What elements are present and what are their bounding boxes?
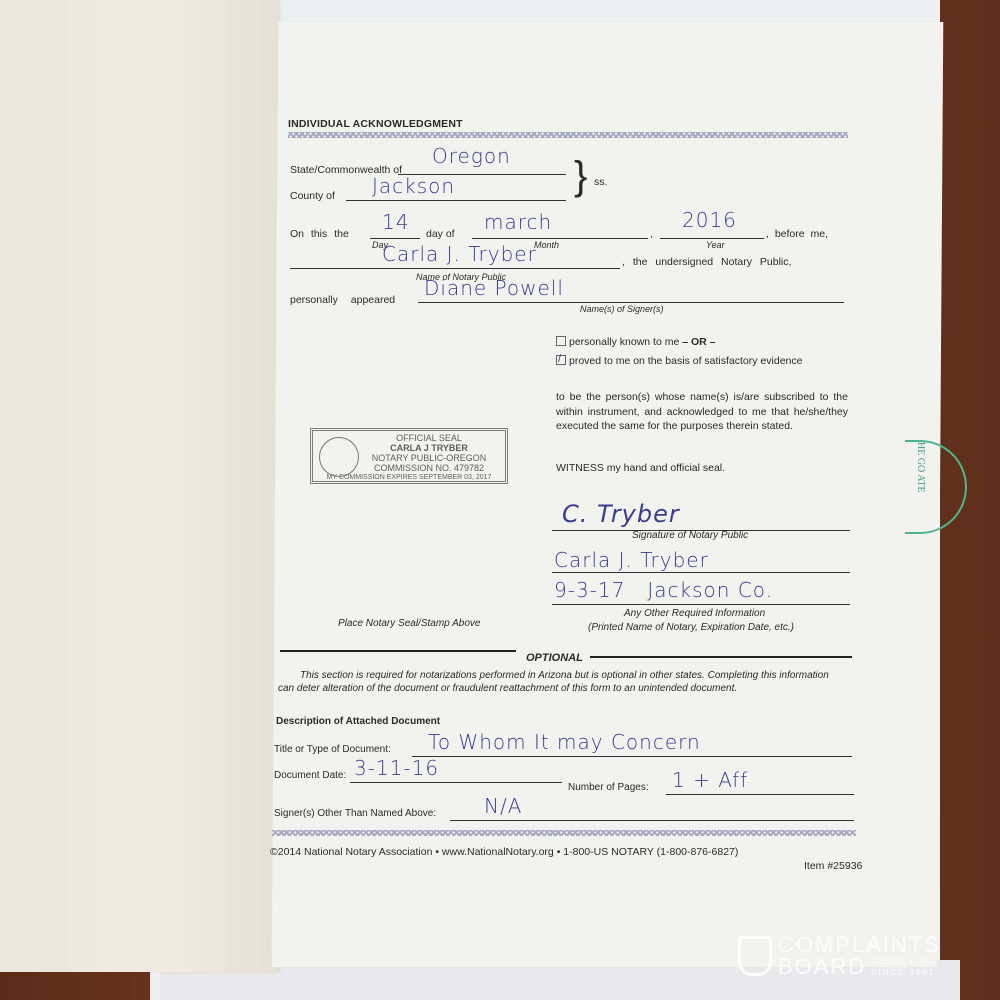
doc-date-label: Document Date: [274,770,346,781]
signer-caption: Name(s) of Signer(s) [580,304,664,314]
watermark-tag-1: RESOLVING [871,957,935,966]
notary-name-field[interactable]: Carla J. Tryber [290,252,620,269]
county-label: County of [290,190,335,202]
year-value: 2016 [682,208,737,232]
description-heading: Description of Attached Document [276,716,440,727]
seal-line-3: NOTARY PUBLIC-OREGON [353,453,505,463]
on-this-the-label: On this the [290,228,349,240]
other-info-caption: Any Other Required Information [624,608,765,619]
county-field[interactable]: Jackson [346,184,566,201]
month-field[interactable]: march [472,222,648,239]
optional-rule-right [590,656,852,658]
state-field[interactable]: Oregon [398,158,566,175]
before-me-label: , before me, [766,228,828,240]
witness-label: WITNESS my hand and official seal. [556,462,725,474]
acknowledgment-form: INDIVIDUAL ACKNOWLEDGMENT State/Commonwe… [288,118,848,138]
other-info-caption-2: (Printed Name of Notary, Expiration Date… [588,622,794,633]
subscribed-paragraph: to be the person(s) whose name(s) is/are… [556,390,848,434]
ss-label: ss. [594,176,607,188]
seal-line-1: OFFICIAL SEAL [353,433,505,443]
decorative-border-top [288,132,848,138]
month-value: march [484,210,552,234]
other-info-value: 9-3-17 Jackson Co. [554,578,773,602]
other-info-field[interactable]: 9-3-17 Jackson Co. [552,580,850,605]
other-signers-value: N/A [484,794,522,818]
doc-title-label: Title or Type of Document: [274,744,391,755]
doc-date-field[interactable]: 3-11-16 [350,766,562,783]
doc-date-value: 3-11-16 [354,756,439,780]
seal-line-4: COMMISSION NO. 479782 [353,463,505,473]
footer-text: ©2014 National Notary Association • www.… [270,846,738,858]
decorative-border-bottom [272,830,856,836]
other-signers-field[interactable]: N/A [450,804,854,821]
pages-value: 1 + Aff [672,768,748,792]
month-caption: Month [534,240,559,250]
option-known-label: personally known to me [569,336,679,348]
printed-name-value: Carla J. Tryber [554,548,709,572]
option-known[interactable]: personally known to me – OR – [556,336,846,348]
optional-rule-left [280,650,516,652]
other-signers-label: Signer(s) Other Than Named Above: [274,808,436,819]
proved-checkbox-checked[interactable]: / [556,355,566,365]
brace: } [574,156,587,196]
comma: , [650,228,653,240]
watermark-tag-2: SINCE 2001 [871,968,935,977]
footer-item-number: Item #25936 [804,860,862,872]
day-of-label: day of [426,228,455,240]
undersigned-label: , the undersigned Notary Public, [622,256,791,268]
pages-label: Number of Pages: [568,782,649,793]
optional-heading: OPTIONAL [526,652,583,664]
or-label: – OR – [682,336,715,348]
day-field[interactable]: 14 [370,222,420,239]
watermark-line-2: BOARD [778,954,866,980]
year-field[interactable]: 2016 [660,222,764,239]
signature-caption: Signature of Notary Public [632,530,748,541]
personally-appeared-label: personally appeared [290,294,395,306]
form-title: INDIVIDUAL ACKNOWLEDGMENT [288,118,848,130]
optional-notice: This section is required for notarizatio… [278,670,830,695]
signer-field[interactable]: Diane Powell [418,286,844,303]
known-checkbox[interactable] [556,336,566,346]
seal-line-2: CARLA J TRYBER [353,443,505,453]
signature-value: C. Tryber [562,500,680,528]
notary-stamp: OFFICIAL SEAL CARLA J TRYBER NOTARY PUBL… [310,428,508,484]
day-value: 14 [382,210,409,234]
pages-field[interactable]: 1 + Aff [666,778,854,795]
doc-title-value: To Whom It may Concern [428,730,701,754]
signer-value: Diane Powell [424,276,564,300]
doc-title-field[interactable]: To Whom It may Concern [412,740,852,757]
option-proved-label: proved to me on the basis of satisfactor… [569,355,802,367]
state-value: Oregon [432,144,511,168]
county-value: Jackson [372,174,455,198]
printed-name-field[interactable]: Carla J. Tryber [552,548,850,573]
option-proved[interactable]: /proved to me on the basis of satisfacto… [556,354,826,368]
notary-name-value: Carla J. Tryber [382,242,537,266]
green-seal-text: HE GO ATE [915,442,926,493]
state-seal-icon [319,437,359,477]
left-page [0,0,278,972]
shield-logo-icon [738,936,772,976]
seal-caption: Place Notary Seal/Stamp Above [338,618,480,629]
signature-field[interactable]: C. Tryber [552,504,850,531]
year-caption: Year [706,240,725,250]
